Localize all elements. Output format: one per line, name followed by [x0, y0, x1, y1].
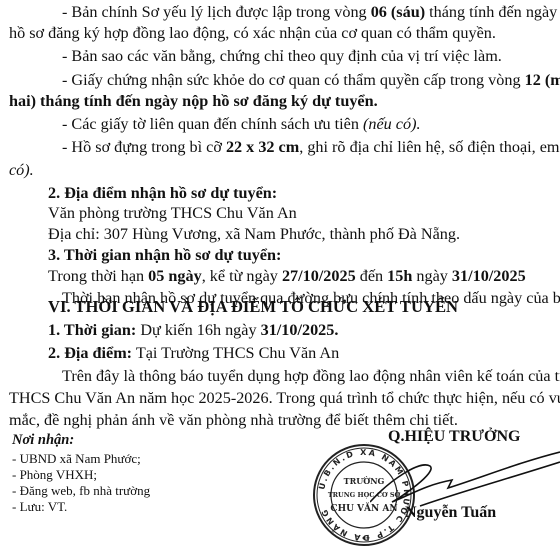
recipient-item: - Đăng web, fb nhà trường	[12, 483, 150, 499]
section6-place: 2. Địa điểm: Tại Trường THCS Chu Văn An	[48, 343, 339, 363]
item-suc-khoe-line2: hai) tháng tính đến ngày nộp hồ sơ đăng …	[9, 91, 378, 111]
recipient-item: - Phòng VHXH;	[12, 467, 97, 483]
closing-line1: Trên đây là thông báo tuyển dụng hợp đồn…	[62, 366, 551, 386]
item-bi-line2: có).	[9, 160, 34, 180]
section2-office: Văn phòng trường THCS Chu Văn An	[48, 203, 297, 223]
section3-period: Trong thời hạn 05 ngày, kể từ ngày 27/10…	[48, 266, 526, 286]
section2-address: Địa chỉ: 307 Hùng Vương, xã Nam Phước, t…	[48, 224, 460, 244]
item-van-bang: - Bản sao các văn bằng, chứng chỉ theo q…	[62, 46, 502, 66]
closing-line3: mắc, đề nghị phản ánh về văn phòng nhà t…	[9, 410, 458, 430]
section3-heading: 3. Thời gian nhận hồ sơ dự tuyển:	[48, 245, 281, 265]
item-suc-khoe-line1: - Giấy chứng nhận sức khỏe do cơ quan có…	[62, 70, 551, 90]
item-bi-line1: - Hồ sơ đựng trong bì cỡ 22 x 32 cm, ghi…	[62, 137, 551, 157]
section6-time: 1. Thời gian: Dự kiến 16h ngày 31/10/202…	[48, 320, 338, 340]
recipient-item: - UBND xã Nam Phước;	[12, 451, 141, 467]
item-uu-tien: - Các giấy tờ liên quan đến chính sách ư…	[62, 114, 421, 134]
recipient-item: - Lưu: VT.	[12, 499, 67, 515]
closing-line2: THCS Chu Văn An năm học 2025-2026. Trong…	[9, 388, 551, 408]
section2-heading: 2. Địa điểm nhận hồ sơ dự tuyển:	[48, 183, 277, 203]
signer-name: Nguyễn Tuấn	[405, 504, 496, 522]
item-so-yeu-ly-lich-line2: hồ sơ đăng ký hợp đồng lao động, có xác …	[9, 23, 496, 43]
recipients-title: Nơi nhận:	[12, 433, 74, 449]
item-so-yeu-ly-lich-line1: - Bản chính Sơ yếu lý lịch được lập tron…	[62, 2, 551, 22]
section6-heading: VI. THỜI GIAN VÀ ĐỊA ĐIỂM TỔ CHỨC XÉT TU…	[48, 297, 458, 317]
